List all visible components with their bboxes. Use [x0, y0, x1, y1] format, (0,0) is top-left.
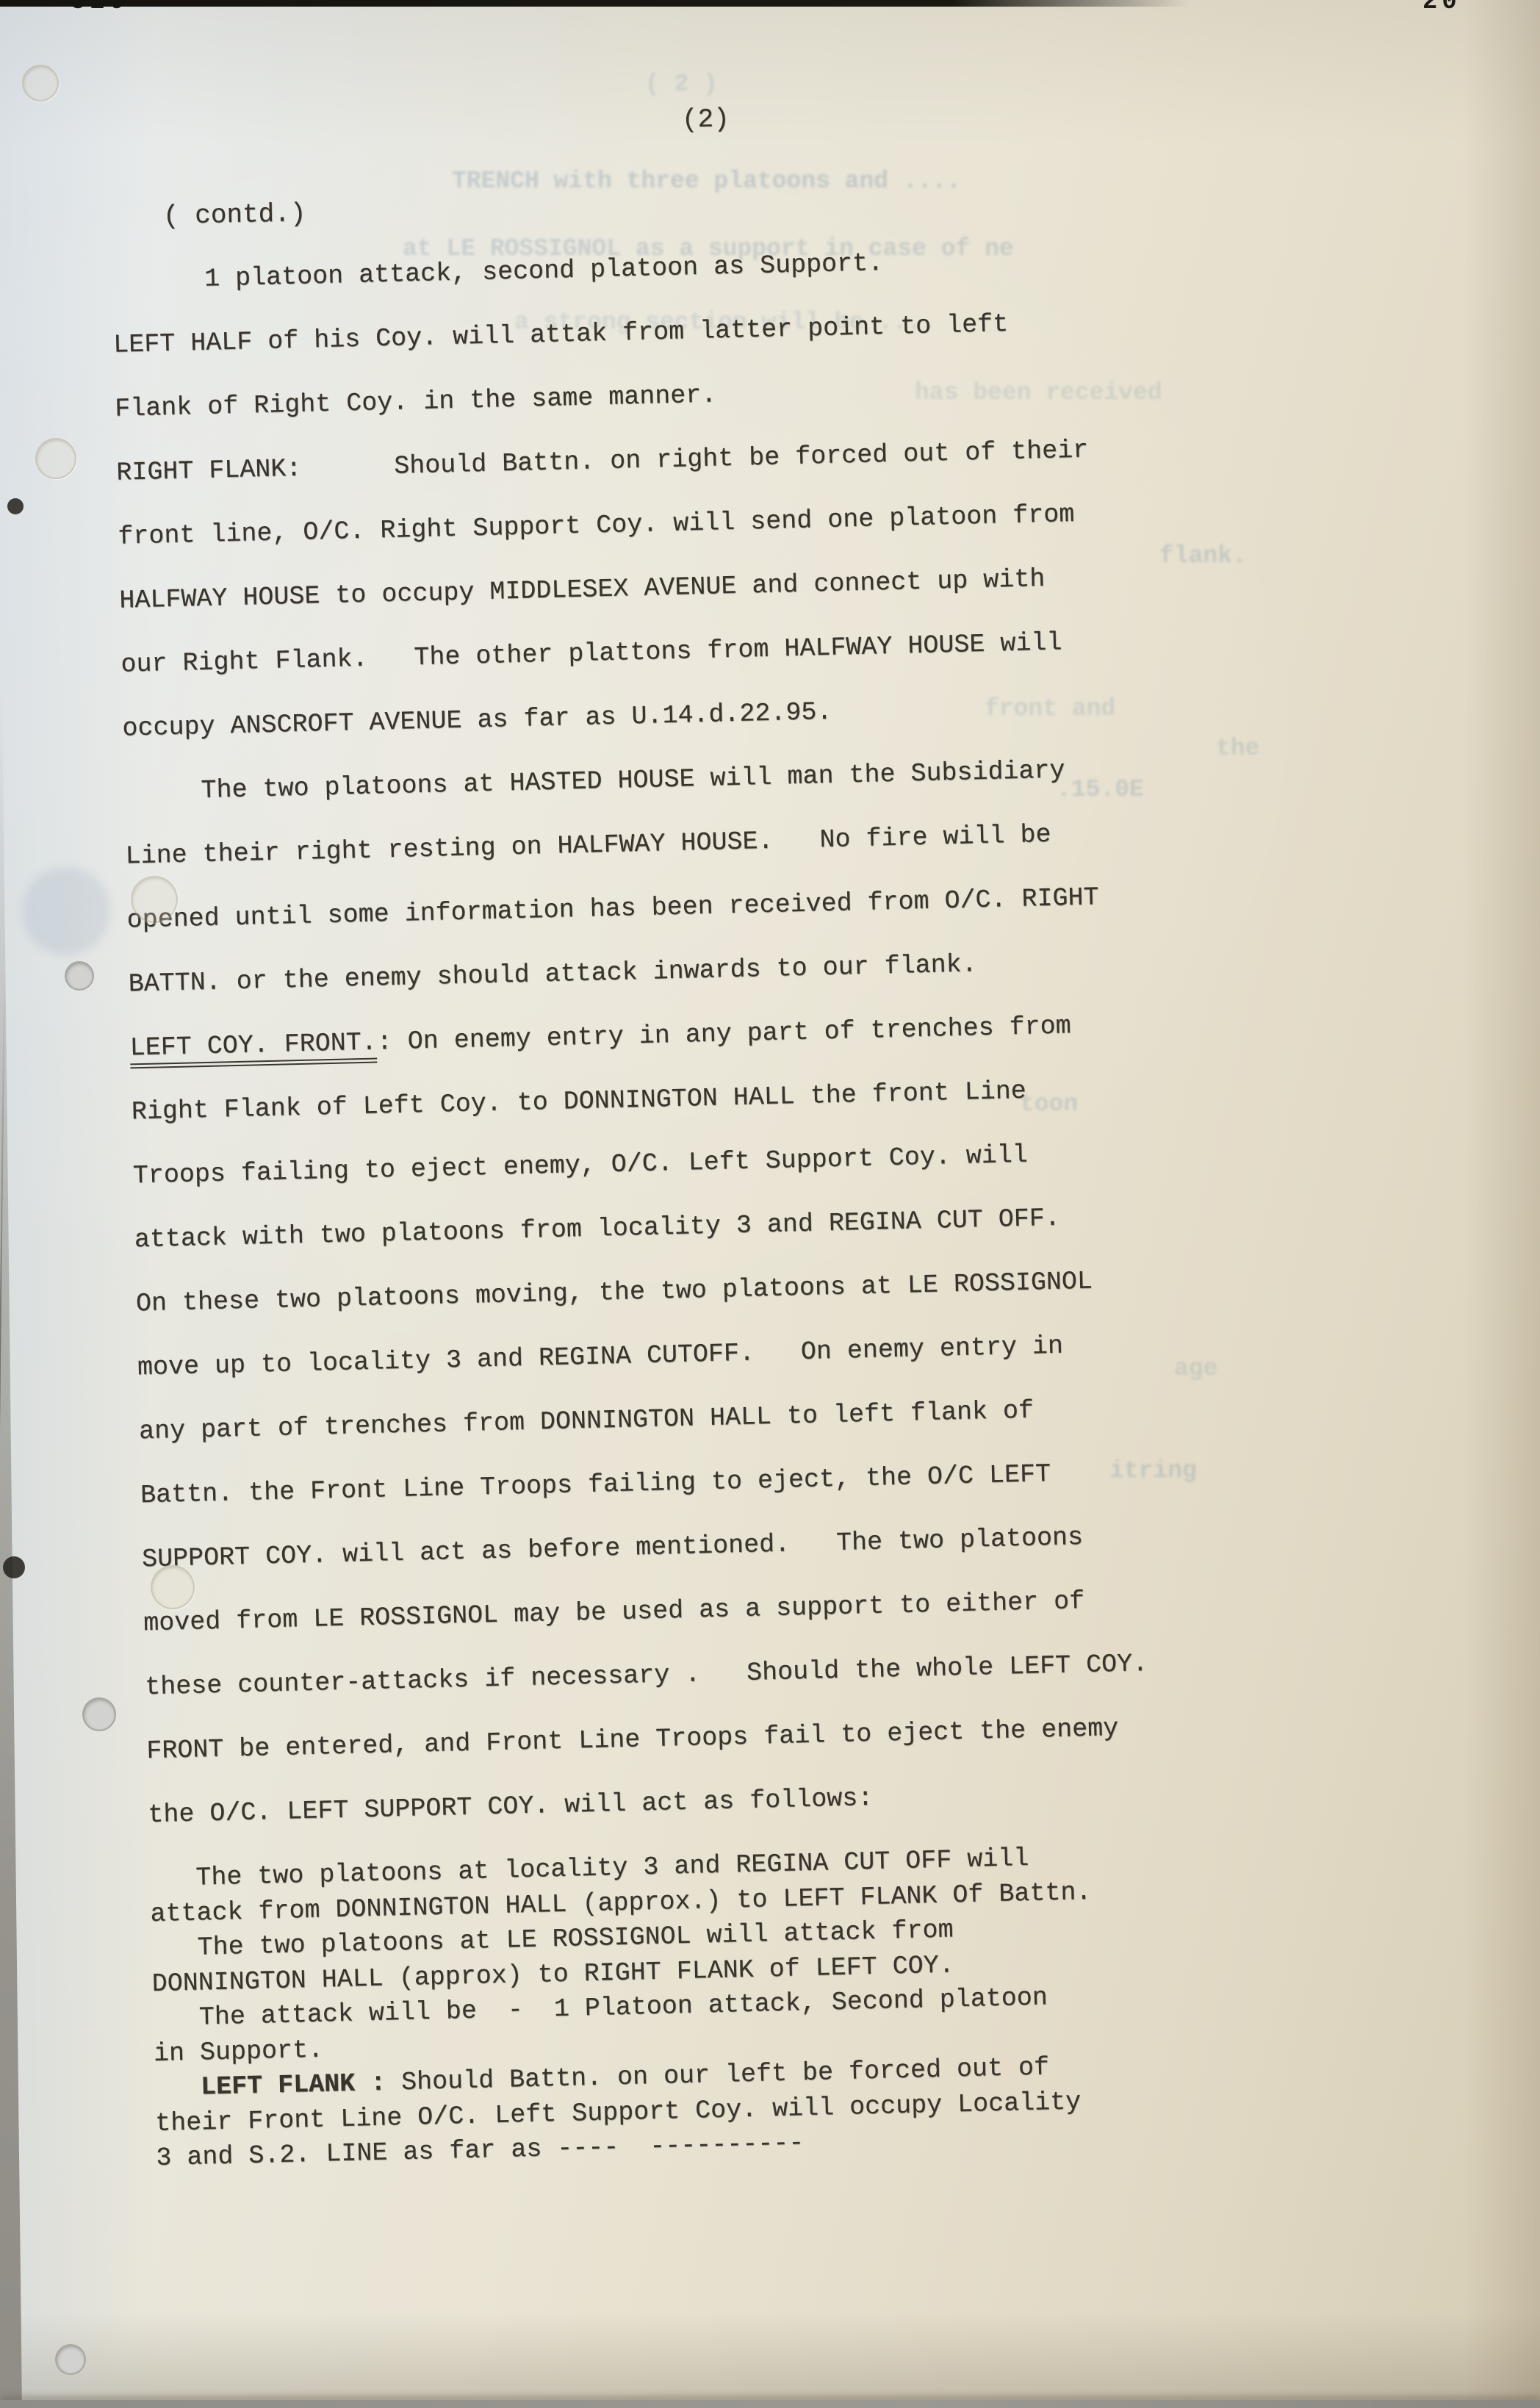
typed-text-block: 1 platoon attack, second platoon as Supp… — [112, 236, 1450, 2178]
embossed-ring — [35, 438, 76, 479]
page-number: (2) — [682, 104, 730, 134]
photo-top-edge — [0, 0, 1190, 7]
punch-hole — [82, 1697, 116, 1731]
edge-hole — [7, 498, 24, 514]
photo-bottom-edge — [0, 2400, 1540, 2408]
closing-paragraph-lines: The two platoons at locality 3 and REGIN… — [149, 1834, 1450, 2179]
underlined-heading: LEFT COY. FRONT. — [129, 1030, 377, 1069]
punch-hole — [65, 961, 94, 991]
bleedthrough-text: TRENCH with three platoons and .... — [452, 168, 961, 195]
embossed-ring — [131, 876, 178, 923]
embossed-ring — [22, 65, 59, 101]
bold-heading: LEFT FLANK : — [201, 2069, 386, 2102]
embossed-ring — [151, 1565, 195, 1609]
edge-hole — [3, 1556, 25, 1578]
punch-hole — [55, 2344, 86, 2375]
scanned-document-photo: 520 20 ( 2 )TRENCH with three platoons a… — [0, 0, 1540, 2408]
main-paragraph-lines: 1 platoon attack, second platoon as Supp… — [112, 236, 1442, 1864]
ink-smudge — [22, 867, 110, 955]
bleedthrough-text: ( 2 ) — [645, 71, 718, 98]
top-right-cutoff-mark: 20 — [1422, 0, 1461, 16]
continued-note: ( contd.) — [163, 198, 306, 231]
